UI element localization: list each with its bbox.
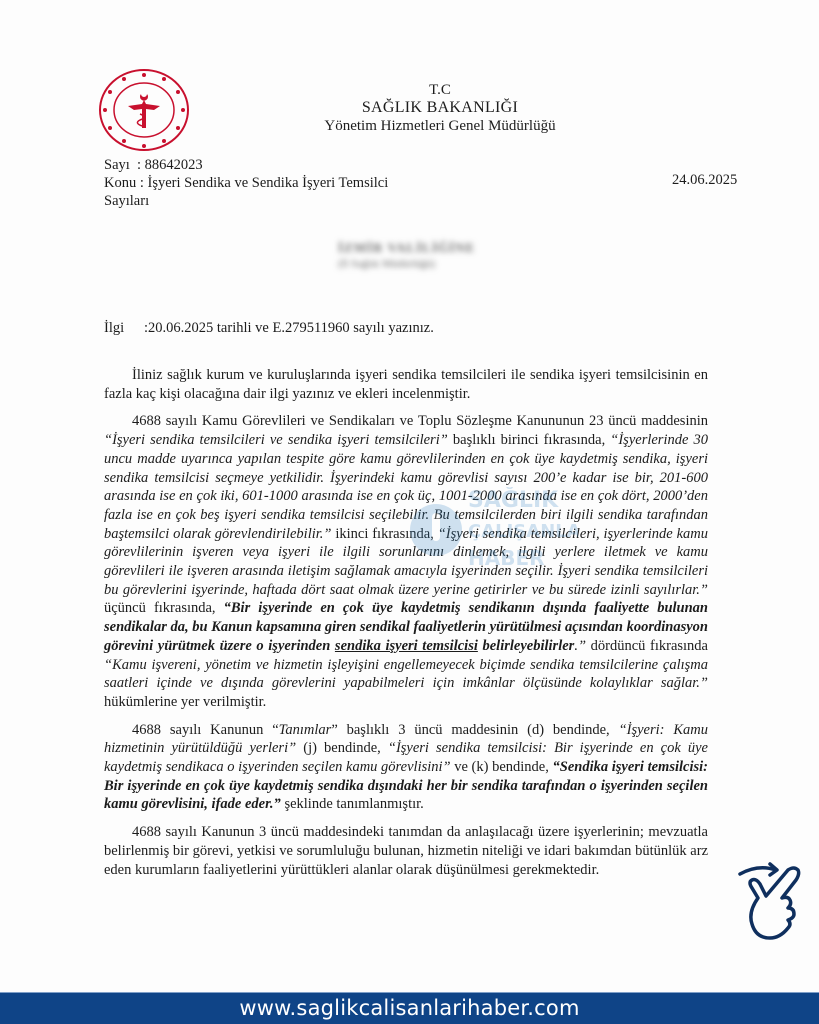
konu-label: Konu xyxy=(104,175,136,191)
document-meta: Sayı : 88642023 Konu : İşyeri Sendika ve… xyxy=(104,156,388,210)
letterhead-ministry: SAĞLIK BAKANLIĞI xyxy=(260,99,620,117)
ilgi-label: İlgi xyxy=(104,320,144,337)
addressee-line2: (İl Sağlık Müdürlüğü) xyxy=(338,258,478,270)
konu-value-cont: Sayıları xyxy=(104,192,388,210)
sayi-value: : 88642023 xyxy=(137,157,203,173)
paragraph-4: 4688 sayılı Kanunun 3 üncü maddesindeki … xyxy=(104,823,708,879)
document-body: İliniz sağlık kurum ve kuruluşlarında iş… xyxy=(104,366,708,888)
site-footer-banner: www.saglikcalisanlarihaber.com xyxy=(0,992,819,1024)
document-page: T.C SAĞLIK BAKANLIĞI Yönetim Hizmetleri … xyxy=(0,0,819,992)
paragraph-1: İliniz sağlık kurum ve kuruluşlarında iş… xyxy=(104,366,708,403)
reference-line: İlgi:20.06.2025 tarihli ve E.279511960 s… xyxy=(104,320,434,337)
ilgi-value: :20.06.2025 tarihli ve E.279511960 sayıl… xyxy=(144,320,434,336)
paragraph-2: 4688 sayılı Kamu Görevlileri ve Sendikal… xyxy=(104,412,708,711)
document-date: 24.06.2025 xyxy=(672,172,737,189)
swipe-hand-icon[interactable] xyxy=(736,858,806,942)
konu-value: : İşyeri Sendika ve Sendika İşyeri Temsi… xyxy=(140,175,388,191)
ministry-seal-icon xyxy=(98,68,190,152)
letterhead-tc: T.C xyxy=(260,82,620,99)
addressee-blurred: İZMİR VALİLİĞİNE (İl Sağlık Müdürlüğü) xyxy=(338,240,478,270)
paragraph-3: 4688 sayılı Kanunun “Tanımlar” başlıklı … xyxy=(104,721,708,815)
letterhead: T.C SAĞLIK BAKANLIĞI Yönetim Hizmetleri … xyxy=(260,82,620,135)
addressee-line1: İZMİR VALİLİĞİNE xyxy=(338,240,478,256)
site-url[interactable]: www.saglikcalisanlarihaber.com xyxy=(0,993,819,1023)
letterhead-directorate: Yönetim Hizmetleri Genel Müdürlüğü xyxy=(260,117,620,135)
sayi-label: Sayı xyxy=(104,157,130,173)
